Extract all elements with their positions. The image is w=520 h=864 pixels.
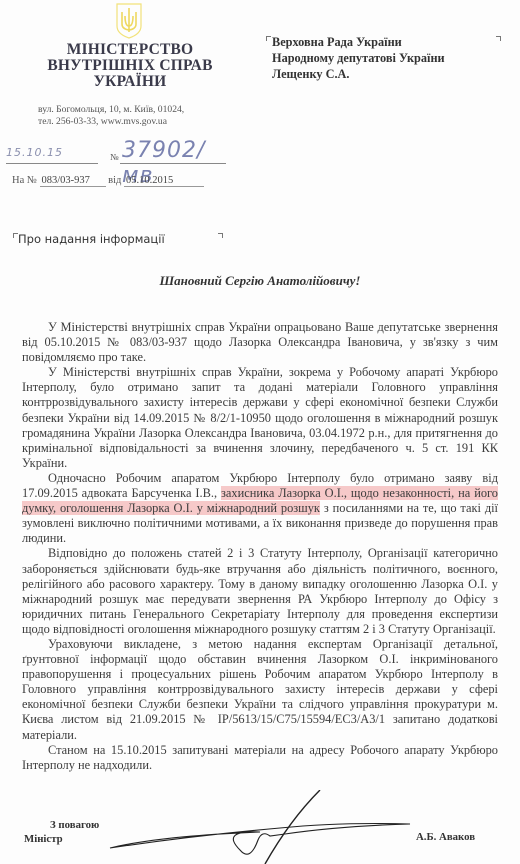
addressee-block: Верховна Рада України Народному депутато… xyxy=(272,34,445,82)
address-line: тел. 256-03-33, www.mvs.gov.ua xyxy=(38,116,184,128)
salutation: Шановний Сергію Анатолійовичу! xyxy=(0,273,520,289)
paragraph: Станом на 15.10.2015 запитувані матеріал… xyxy=(22,743,498,773)
ministry-line: УКРАЇНИ xyxy=(28,74,232,90)
signer-position: Міністр xyxy=(24,832,99,846)
closing-regards: З повагою xyxy=(24,818,99,832)
addressee-line: Верховна Рада України xyxy=(272,34,445,50)
ministry-name: МІНІСТЕРСТВО ВНУТРІШНІХ СПРАВ УКРАЇНИ xyxy=(28,42,232,90)
reference-date: 05.10.2015 xyxy=(124,175,204,187)
date-underline xyxy=(6,163,98,164)
signature-icon xyxy=(100,790,420,864)
reference-label: На № xyxy=(12,175,37,186)
closing-block: З повагою Міністр xyxy=(24,818,99,846)
bracket-corner xyxy=(496,36,501,41)
trident-emblem-icon xyxy=(114,2,144,40)
paragraph: Одночасно Робочим апаратом Укрбюро Інтер… xyxy=(22,471,498,546)
ministry-line: МІНІСТЕРСТВО xyxy=(28,42,232,58)
paragraph: У Міністерстві внутрішніх справ України … xyxy=(22,320,498,365)
letter-body: У Міністерстві внутрішніх справ України … xyxy=(22,320,498,773)
subject-line: Про надання інформації xyxy=(18,232,165,246)
addressee-line: Народному депутатові України xyxy=(272,50,445,66)
address-line: вул. Богомольця, 10, м. Київ, 01024, xyxy=(38,104,184,116)
signer-name: А.Б. Аваков xyxy=(416,831,475,843)
reference-line: На № 083/03-937 від 05.10.2015 xyxy=(12,175,232,187)
bracket-corner xyxy=(266,36,271,41)
paragraph: Ураховуючи викладене, з метою надання ек… xyxy=(22,637,498,743)
paragraph: Відповідно до положень статей 2 і 3 Стат… xyxy=(22,546,498,637)
reference-number: 083/03-937 xyxy=(40,175,106,187)
outgoing-number-label: № xyxy=(110,152,119,162)
paragraph: У Міністерстві внутрішніх справ України,… xyxy=(22,365,498,471)
outgoing-registration: 15.10.15 № 37902/мв xyxy=(6,142,226,168)
number-underline xyxy=(120,163,226,164)
bracket-corner xyxy=(218,233,223,238)
outgoing-date: 15.10.15 xyxy=(6,146,63,159)
reference-date-label: від xyxy=(108,175,121,186)
ministry-address: вул. Богомольця, 10, м. Київ, 01024, тел… xyxy=(38,104,184,128)
ministry-line: ВНУТРІШНІХ СПРАВ xyxy=(28,58,232,74)
addressee-line: Лещенку С.А. xyxy=(272,66,445,82)
